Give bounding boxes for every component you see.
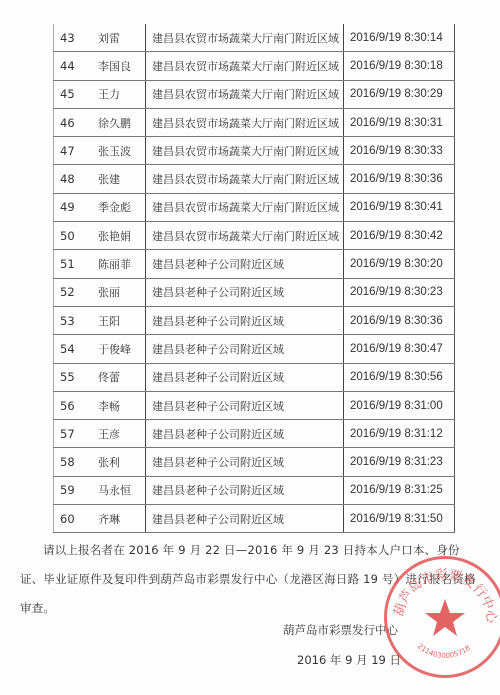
exam-location: 建昌县老种子公司附近区域 xyxy=(146,306,344,334)
exam-location: 建昌县农贸市场蔬菜大厅南门附近区域 xyxy=(146,222,344,250)
applicant-name: 张建 xyxy=(92,165,146,193)
exam-location: 建昌县老种子公司附近区域 xyxy=(146,278,344,306)
row-number: 50 xyxy=(54,222,93,250)
row-number: 44 xyxy=(54,52,93,80)
registration-time: 2016/9/19 8:30:47 xyxy=(344,335,455,363)
registration-time: 2016/9/19 8:30:41 xyxy=(344,193,455,221)
applicant-name: 季金彪 xyxy=(92,193,146,221)
exam-location: 建昌县农贸市场蔬菜大厅南门附近区域 xyxy=(146,52,344,80)
exam-location: 建昌县农贸市场蔬菜大厅南门附近区域 xyxy=(146,80,344,108)
table-row: 58 张利 建昌县老种子公司附近区域 2016/9/19 8:31:23 xyxy=(54,448,455,476)
applicant-name: 王彦 xyxy=(92,420,146,448)
registration-time: 2016/9/19 8:30:31 xyxy=(344,108,455,136)
exam-location: 建昌县农贸市场蔬菜大厅南门附近区域 xyxy=(146,24,344,52)
applicant-name: 陈丽菲 xyxy=(92,250,146,278)
table-row: 59 马永恒 建昌县老种子公司附近区域 2016/9/19 8:31:25 xyxy=(54,476,455,504)
registration-time: 2016/9/19 8:30:36 xyxy=(344,165,455,193)
row-number: 49 xyxy=(54,193,93,221)
exam-location: 建昌县农贸市场蔬菜大厅南门附近区域 xyxy=(146,108,344,136)
table-row: 46 徐久鹏 建昌县农贸市场蔬菜大厅南门附近区域 2016/9/19 8:30:… xyxy=(54,108,455,136)
row-number: 43 xyxy=(54,24,93,52)
applicant-name: 张利 xyxy=(92,448,146,476)
registration-time: 2016/9/19 8:30:18 xyxy=(344,52,455,80)
table-row: 49 季金彪 建昌县农贸市场蔬菜大厅南门附近区域 2016/9/19 8:30:… xyxy=(54,193,455,221)
row-number: 45 xyxy=(54,80,93,108)
applicant-name: 于俊峰 xyxy=(92,335,146,363)
table-row: 51 陈丽菲 建昌县老种子公司附近区域 2016/9/19 8:30:20 xyxy=(54,250,455,278)
registration-table-body: 43 刘雷 建昌县农贸市场蔬菜大厅南门附近区域 2016/9/19 8:30:1… xyxy=(54,24,455,533)
issue-date: 2016 年 9 月 19 日 xyxy=(297,652,401,668)
row-number: 51 xyxy=(54,250,93,278)
registration-time: 2016/9/19 8:31:50 xyxy=(344,505,455,533)
exam-location: 建昌县农贸市场蔬菜大厅南门附近区域 xyxy=(146,193,344,221)
row-number: 46 xyxy=(54,108,93,136)
table-row: 44 李国良 建昌县农贸市场蔬菜大厅南门附近区域 2016/9/19 8:30:… xyxy=(54,52,455,80)
registration-time: 2016/9/19 8:30:23 xyxy=(344,278,455,306)
applicant-name: 刘雷 xyxy=(92,24,146,52)
table-row: 43 刘雷 建昌县农贸市场蔬菜大厅南门附近区域 2016/9/19 8:30:1… xyxy=(54,24,455,52)
exam-location: 建昌县老种子公司附近区域 xyxy=(146,250,344,278)
table-row: 55 佟蕾 建昌县老种子公司附近区域 2016/9/19 8:30:56 xyxy=(54,363,455,391)
registration-time: 2016/9/19 8:30:29 xyxy=(344,80,455,108)
registration-time: 2016/9/19 8:30:42 xyxy=(344,222,455,250)
table-row: 47 张玉波 建昌县农贸市场蔬菜大厅南门附近区域 2016/9/19 8:30:… xyxy=(54,137,455,165)
table-row: 54 于俊峰 建昌县老种子公司附近区域 2016/9/19 8:30:47 xyxy=(54,335,455,363)
row-number: 60 xyxy=(54,505,93,533)
row-number: 59 xyxy=(54,476,93,504)
registration-time: 2016/9/19 8:30:20 xyxy=(344,250,455,278)
registration-table: 43 刘雷 建昌县农贸市场蔬菜大厅南门附近区域 2016/9/19 8:30:1… xyxy=(53,24,455,533)
registration-time: 2016/9/19 8:30:33 xyxy=(344,137,455,165)
table-row: 60 齐琳 建昌县老种子公司附近区域 2016/9/19 8:31:50 xyxy=(54,505,455,533)
exam-location: 建昌县老种子公司附近区域 xyxy=(146,391,344,419)
applicant-name: 李国良 xyxy=(92,52,146,80)
seal-code: 2114030005718 xyxy=(416,642,472,660)
table-row: 48 张建 建昌县农贸市场蔬菜大厅南门附近区域 2016/9/19 8:30:3… xyxy=(54,165,455,193)
applicant-name: 张玉波 xyxy=(92,137,146,165)
exam-location: 建昌县老种子公司附近区域 xyxy=(146,363,344,391)
applicant-name: 李畅 xyxy=(92,391,146,419)
table-row: 50 张艳娟 建昌县农贸市场蔬菜大厅南门附近区域 2016/9/19 8:30:… xyxy=(54,222,455,250)
row-number: 52 xyxy=(54,278,93,306)
registration-time: 2016/9/19 8:31:25 xyxy=(344,476,455,504)
exam-location: 建昌县老种子公司附近区域 xyxy=(146,335,344,363)
row-number: 53 xyxy=(54,306,93,334)
registration-time: 2016/9/19 8:31:12 xyxy=(344,420,455,448)
exam-location: 建昌县老种子公司附近区域 xyxy=(146,420,344,448)
applicant-name: 王力 xyxy=(92,80,146,108)
exam-location: 建昌县老种子公司附近区域 xyxy=(146,476,344,504)
svg-text:2114030005718: 2114030005718 xyxy=(416,642,472,660)
registration-time: 2016/9/19 8:31:23 xyxy=(344,448,455,476)
applicant-name: 齐琳 xyxy=(92,505,146,533)
exam-location: 建昌县老种子公司附近区域 xyxy=(146,505,344,533)
table-row: 45 王力 建昌县农贸市场蔬菜大厅南门附近区域 2016/9/19 8:30:2… xyxy=(54,80,455,108)
applicant-name: 张丽 xyxy=(92,278,146,306)
row-number: 58 xyxy=(54,448,93,476)
exam-location: 建昌县农贸市场蔬菜大厅南门附近区域 xyxy=(146,137,344,165)
registration-time: 2016/9/19 8:30:56 xyxy=(344,363,455,391)
registration-time: 2016/9/19 8:31:00 xyxy=(344,391,455,419)
exam-location: 建昌县老种子公司附近区域 xyxy=(146,448,344,476)
applicant-name: 张艳娟 xyxy=(92,222,146,250)
table-row: 53 王阳 建昌县老种子公司附近区域 2016/9/19 8:30:36 xyxy=(54,306,455,334)
registration-time: 2016/9/19 8:30:36 xyxy=(344,306,455,334)
row-number: 57 xyxy=(54,420,93,448)
table-row: 57 王彦 建昌县老种子公司附近区域 2016/9/19 8:31:12 xyxy=(54,420,455,448)
row-number: 48 xyxy=(54,165,93,193)
row-number: 55 xyxy=(54,363,93,391)
document-page: 43 刘雷 建昌县农贸市场蔬菜大厅南门附近区域 2016/9/19 8:30:1… xyxy=(0,0,500,695)
table-row: 56 李畅 建昌县老种子公司附近区域 2016/9/19 8:31:00 xyxy=(54,391,455,419)
issuer-name: 葫芦岛市彩票发行中心 xyxy=(283,622,398,638)
row-number: 47 xyxy=(54,137,93,165)
applicant-name: 马永恒 xyxy=(92,476,146,504)
row-number: 54 xyxy=(54,335,93,363)
registration-time: 2016/9/19 8:30:14 xyxy=(344,24,455,52)
applicant-name: 王阳 xyxy=(92,306,146,334)
applicant-name: 徐久鹏 xyxy=(92,108,146,136)
applicant-name: 佟蕾 xyxy=(92,363,146,391)
table-row: 52 张丽 建昌县老种子公司附近区域 2016/9/19 8:30:23 xyxy=(54,278,455,306)
row-number: 56 xyxy=(54,391,93,419)
exam-location: 建昌县农贸市场蔬菜大厅南门附近区域 xyxy=(146,165,344,193)
notice-paragraph: 请以上报名者在 2016 年 9 月 22 日—2016 年 9 月 23 日持… xyxy=(20,536,482,623)
